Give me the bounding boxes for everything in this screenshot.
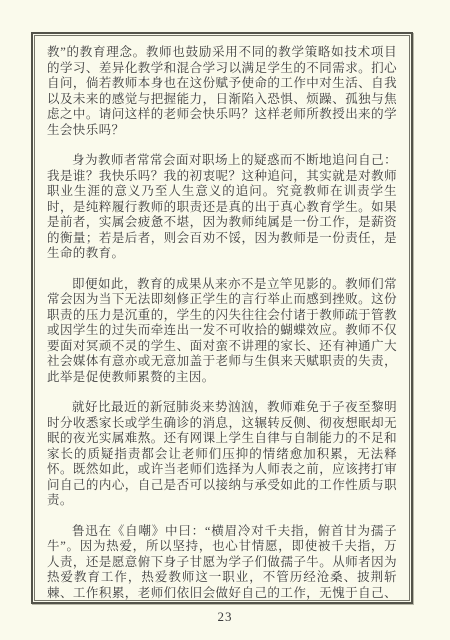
paragraph: 身为教师者常常会面对职场上的疑惑而不断地追问自己：我是谁？我快乐吗？我的初衷呢？… bbox=[47, 153, 397, 262]
page-border-inner: 教”的教育理念。教师也鼓励采用不同的教学策略如技术项目的学习、差异化教学和混合学… bbox=[34, 35, 410, 601]
page-text-body: 教”的教育理念。教师也鼓励采用不同的教学策略如技术项目的学习、差异化教学和混合学… bbox=[47, 45, 397, 601]
paragraph: 教”的教育理念。教师也鼓励采用不同的教学策略如技术项目的学习、差异化教学和混合学… bbox=[47, 45, 397, 138]
page-border: 教”的教育理念。教师也鼓励采用不同的教学策略如技术项目的学习、差异化教学和混合学… bbox=[31, 32, 413, 604]
document-page: 教”的教育理念。教师也鼓励采用不同的教学策略如技术项目的学习、差异化教学和混合学… bbox=[0, 0, 450, 640]
paragraph: 就好比最近的新冠肺炎来势汹汹，教师难免于子夜至黎明时分收悉家长或学生确诊的消息，… bbox=[47, 400, 397, 509]
paragraph: 即便如此，教育的成果从来亦不是立竿见影的。教师们常常会因为当下无法即刻修正学生的… bbox=[47, 277, 397, 386]
paragraph: 鲁迅在《自嘲》中曰：“横眉冷对千夫指，俯首甘为孺子牛”。因为热爱，所以坚持，也心… bbox=[47, 524, 397, 602]
page-number: 23 bbox=[0, 609, 450, 625]
